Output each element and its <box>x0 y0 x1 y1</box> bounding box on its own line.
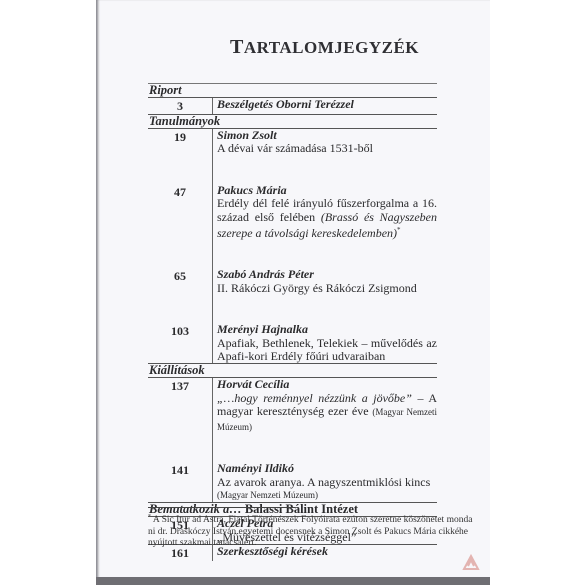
toc-entry[interactable]: 65 Szabó András Péter II. Rákóczi György… <box>148 268 437 323</box>
entry-author: Merényi Hajnalka <box>217 323 437 336</box>
title-rest: ARTALOMJEGYZÉK <box>244 38 419 57</box>
entry-title: Erdély dél felé irányuló fűszerforgalma … <box>217 197 437 240</box>
page-shadow-bottom <box>96 577 490 585</box>
section-header-tanulmanyok: Tanulmányok <box>148 115 437 129</box>
footnote-rule <box>148 507 295 508</box>
page-number: 19 <box>148 129 212 184</box>
page-number: 141 <box>148 462 212 502</box>
toc-entry[interactable]: 47 Pakucs Mária Erdély dél felé irányuló… <box>148 184 437 269</box>
publisher-logo-icon <box>462 554 480 570</box>
toc-entry[interactable]: 19 Simon Zsolt A dévai vár számadása 153… <box>148 129 437 184</box>
title-initial: T <box>230 36 244 58</box>
entry-title: Az avarok aranya. A nagyszentmiklósi kin… <box>217 476 437 489</box>
entry-author: Pakucs Mária <box>217 184 437 197</box>
footnote-mark: * <box>397 226 401 234</box>
entry-title: Beszélgetés Oborni Terézzel <box>217 98 437 111</box>
section-header-kiallitasok: Kiállítások <box>148 364 437 378</box>
entry-author: Szabó András Péter <box>217 268 437 281</box>
entry-title: Apafiak, Bethlenek, Telekiek – művelődés… <box>217 337 437 364</box>
entry-author: Simon Zsolt <box>217 129 437 142</box>
entry-author: Horvát Cecília <box>217 378 437 391</box>
entry-title: II. Rákóczi György és Rákóczi Zsigmond <box>217 282 437 295</box>
page-number: 65 <box>148 268 212 323</box>
entry-title: „…hogy reménnyel nézzünk a jövőbe” – A m… <box>217 392 437 434</box>
section-header-riport: Riport <box>148 83 437 98</box>
entry-title: A dévai vár számadása 1531-ből <box>217 142 437 155</box>
page-number: 47 <box>148 184 212 269</box>
toc-entry[interactable]: 141 Naményi Ildikó Az avarok aranya. A n… <box>148 462 437 503</box>
footnote: * A Sic Itur ad Astra, Fiatal Történésze… <box>148 512 493 550</box>
toc-entry[interactable]: 3 Beszélgetés Oborni Terézzel <box>148 98 437 115</box>
toc-entry[interactable]: 137 Horvát Cecília „…hogy reménnyel nézz… <box>148 378 437 462</box>
page-number: 3 <box>148 98 212 114</box>
toc-entry[interactable]: 103 Merényi Hajnalka Apafiak, Bethlenek,… <box>148 323 437 364</box>
page-title: TARTALOMJEGYZÉK <box>230 36 419 59</box>
page-number: 103 <box>148 323 212 363</box>
entry-venue: (Magyar Nemzeti Múzeum) <box>217 489 437 502</box>
page-number: 137 <box>148 378 212 462</box>
entry-author: Naményi Ildikó <box>217 462 437 475</box>
table-of-contents: Riport 3 Beszélgetés Oborni Terézzel Tan… <box>148 83 437 561</box>
